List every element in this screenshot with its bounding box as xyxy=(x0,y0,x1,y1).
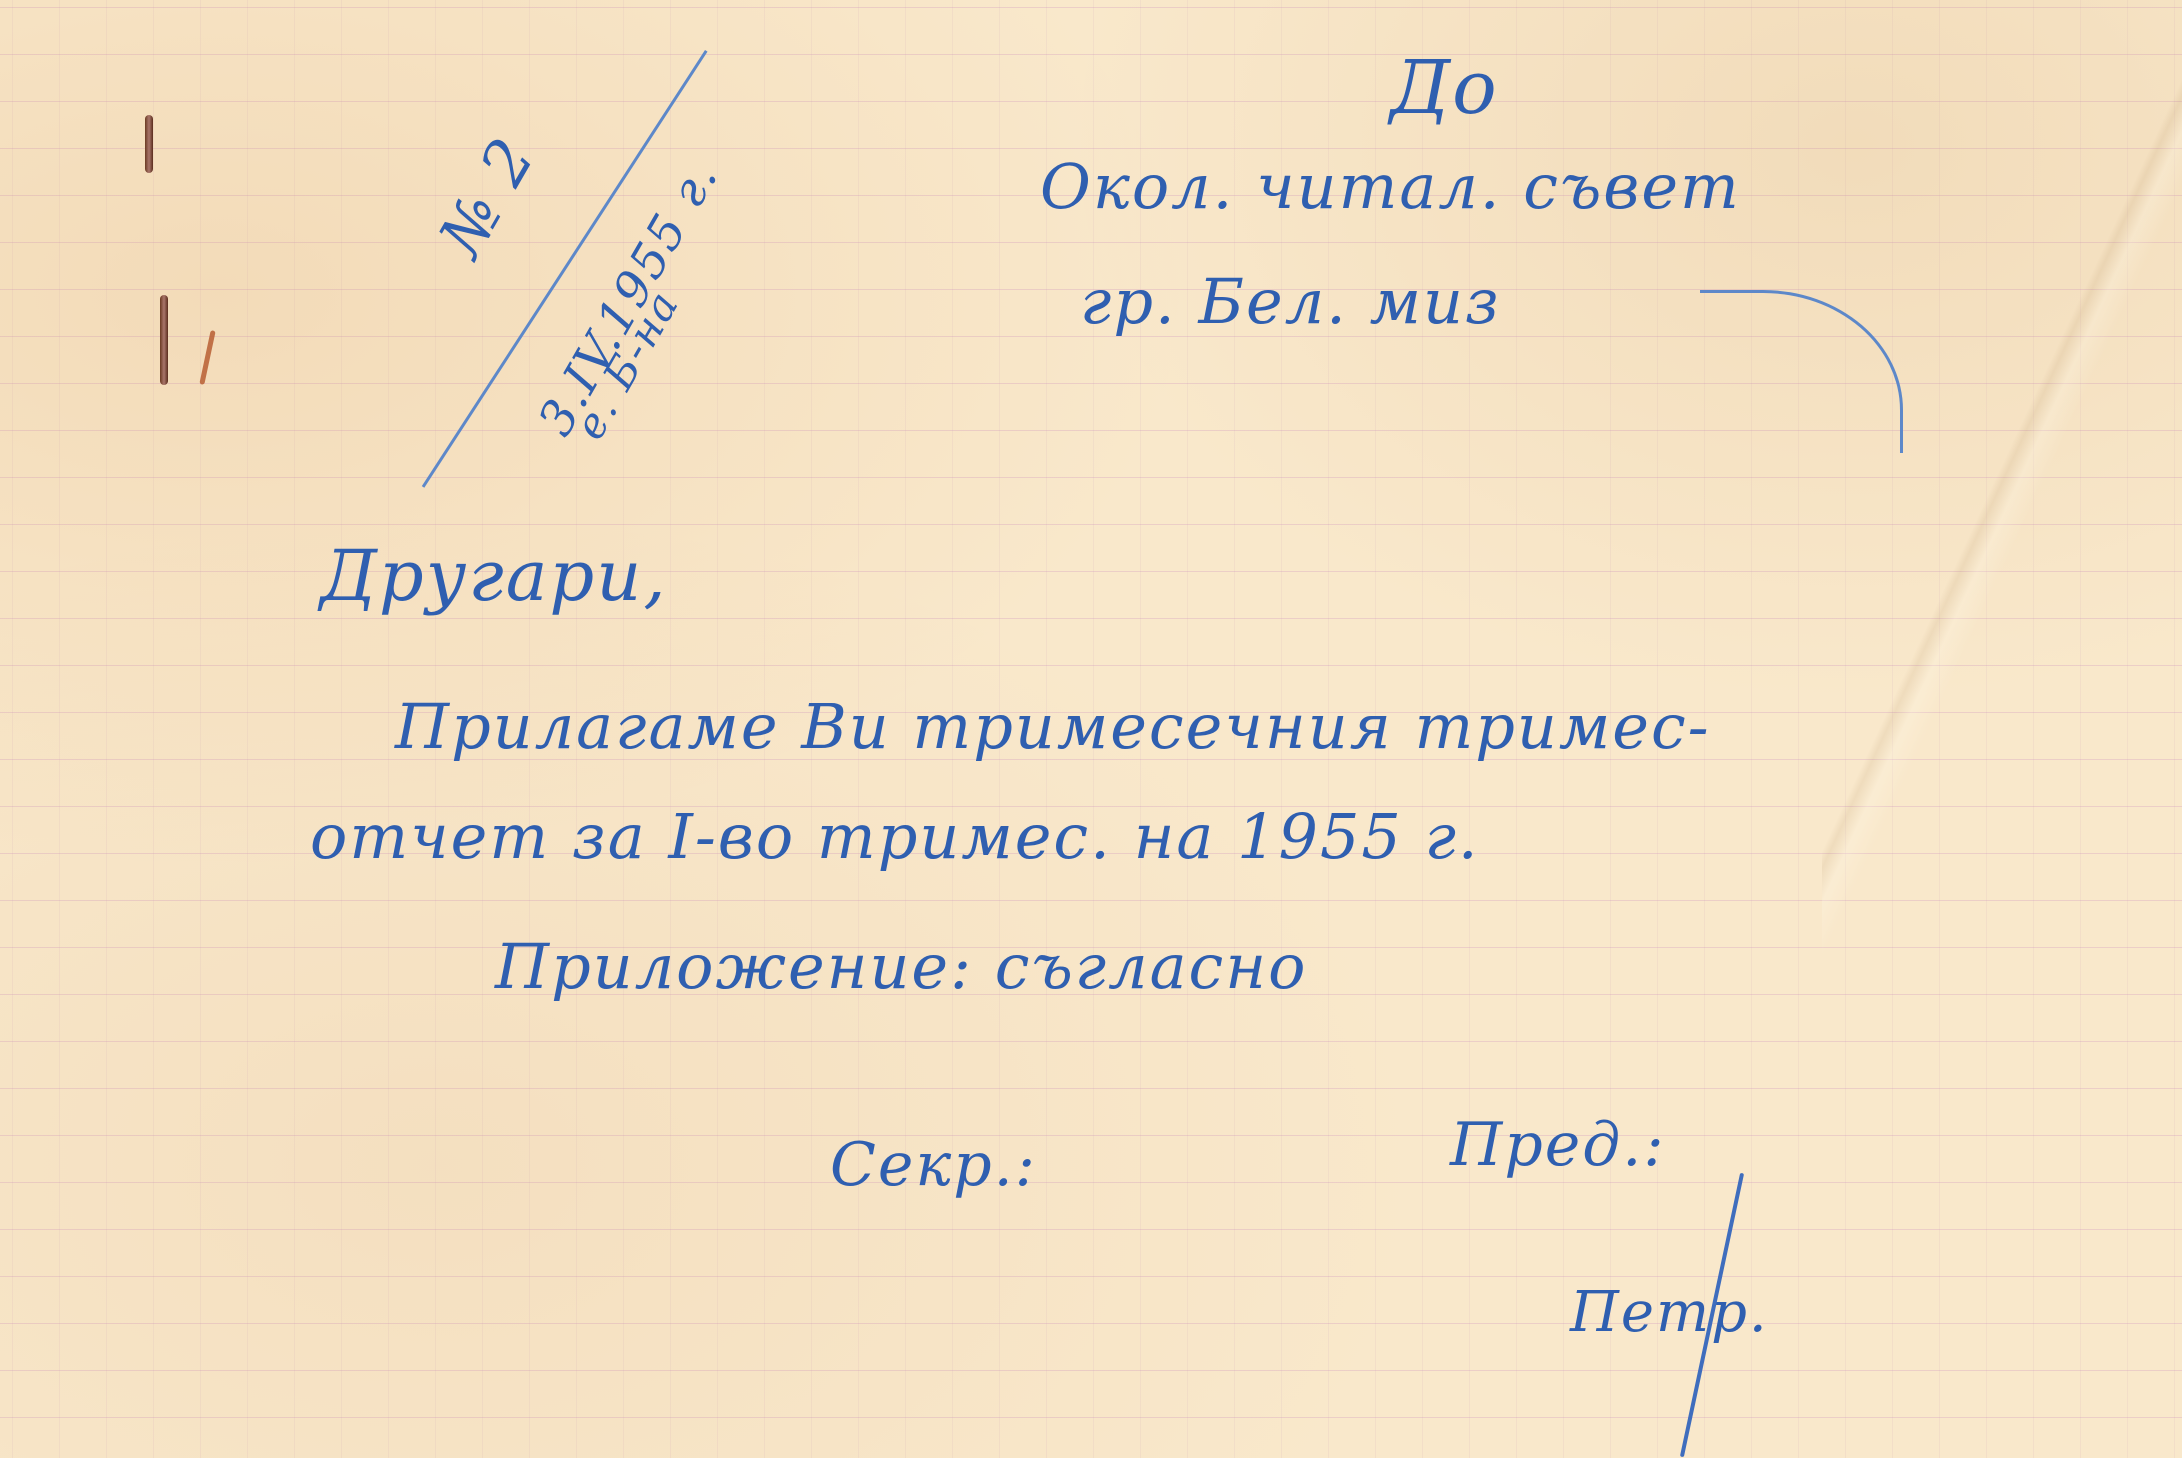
salutation: Другари, xyxy=(320,535,668,617)
staple-top xyxy=(145,115,153,173)
body-line-1: Прилагаме Ви тримесечния тримес- xyxy=(395,690,1711,763)
addressee-line-1: Окол. читал. съвет xyxy=(1040,150,1741,223)
chairman-signature: Петр. xyxy=(1560,1160,1820,1458)
addressee-to: До xyxy=(1390,45,1499,131)
signature-text: Петр. xyxy=(1570,1280,1769,1345)
body-line-2: отчет за I-во тримес. на 1955 г. xyxy=(310,800,1480,873)
secretary-label: Секр.: xyxy=(830,1130,1037,1200)
enclosure-line: Приложение: съгласно xyxy=(495,930,1307,1003)
paper-fold-crease xyxy=(1822,0,2182,1000)
registration-number: № 2 xyxy=(424,125,549,269)
registration-stamp: № 2 3.IV.1955 г. е. Б-на xyxy=(395,40,755,480)
addressee-line-2: гр. Бел. миз xyxy=(1080,265,1501,338)
staple-bottom xyxy=(160,295,168,385)
